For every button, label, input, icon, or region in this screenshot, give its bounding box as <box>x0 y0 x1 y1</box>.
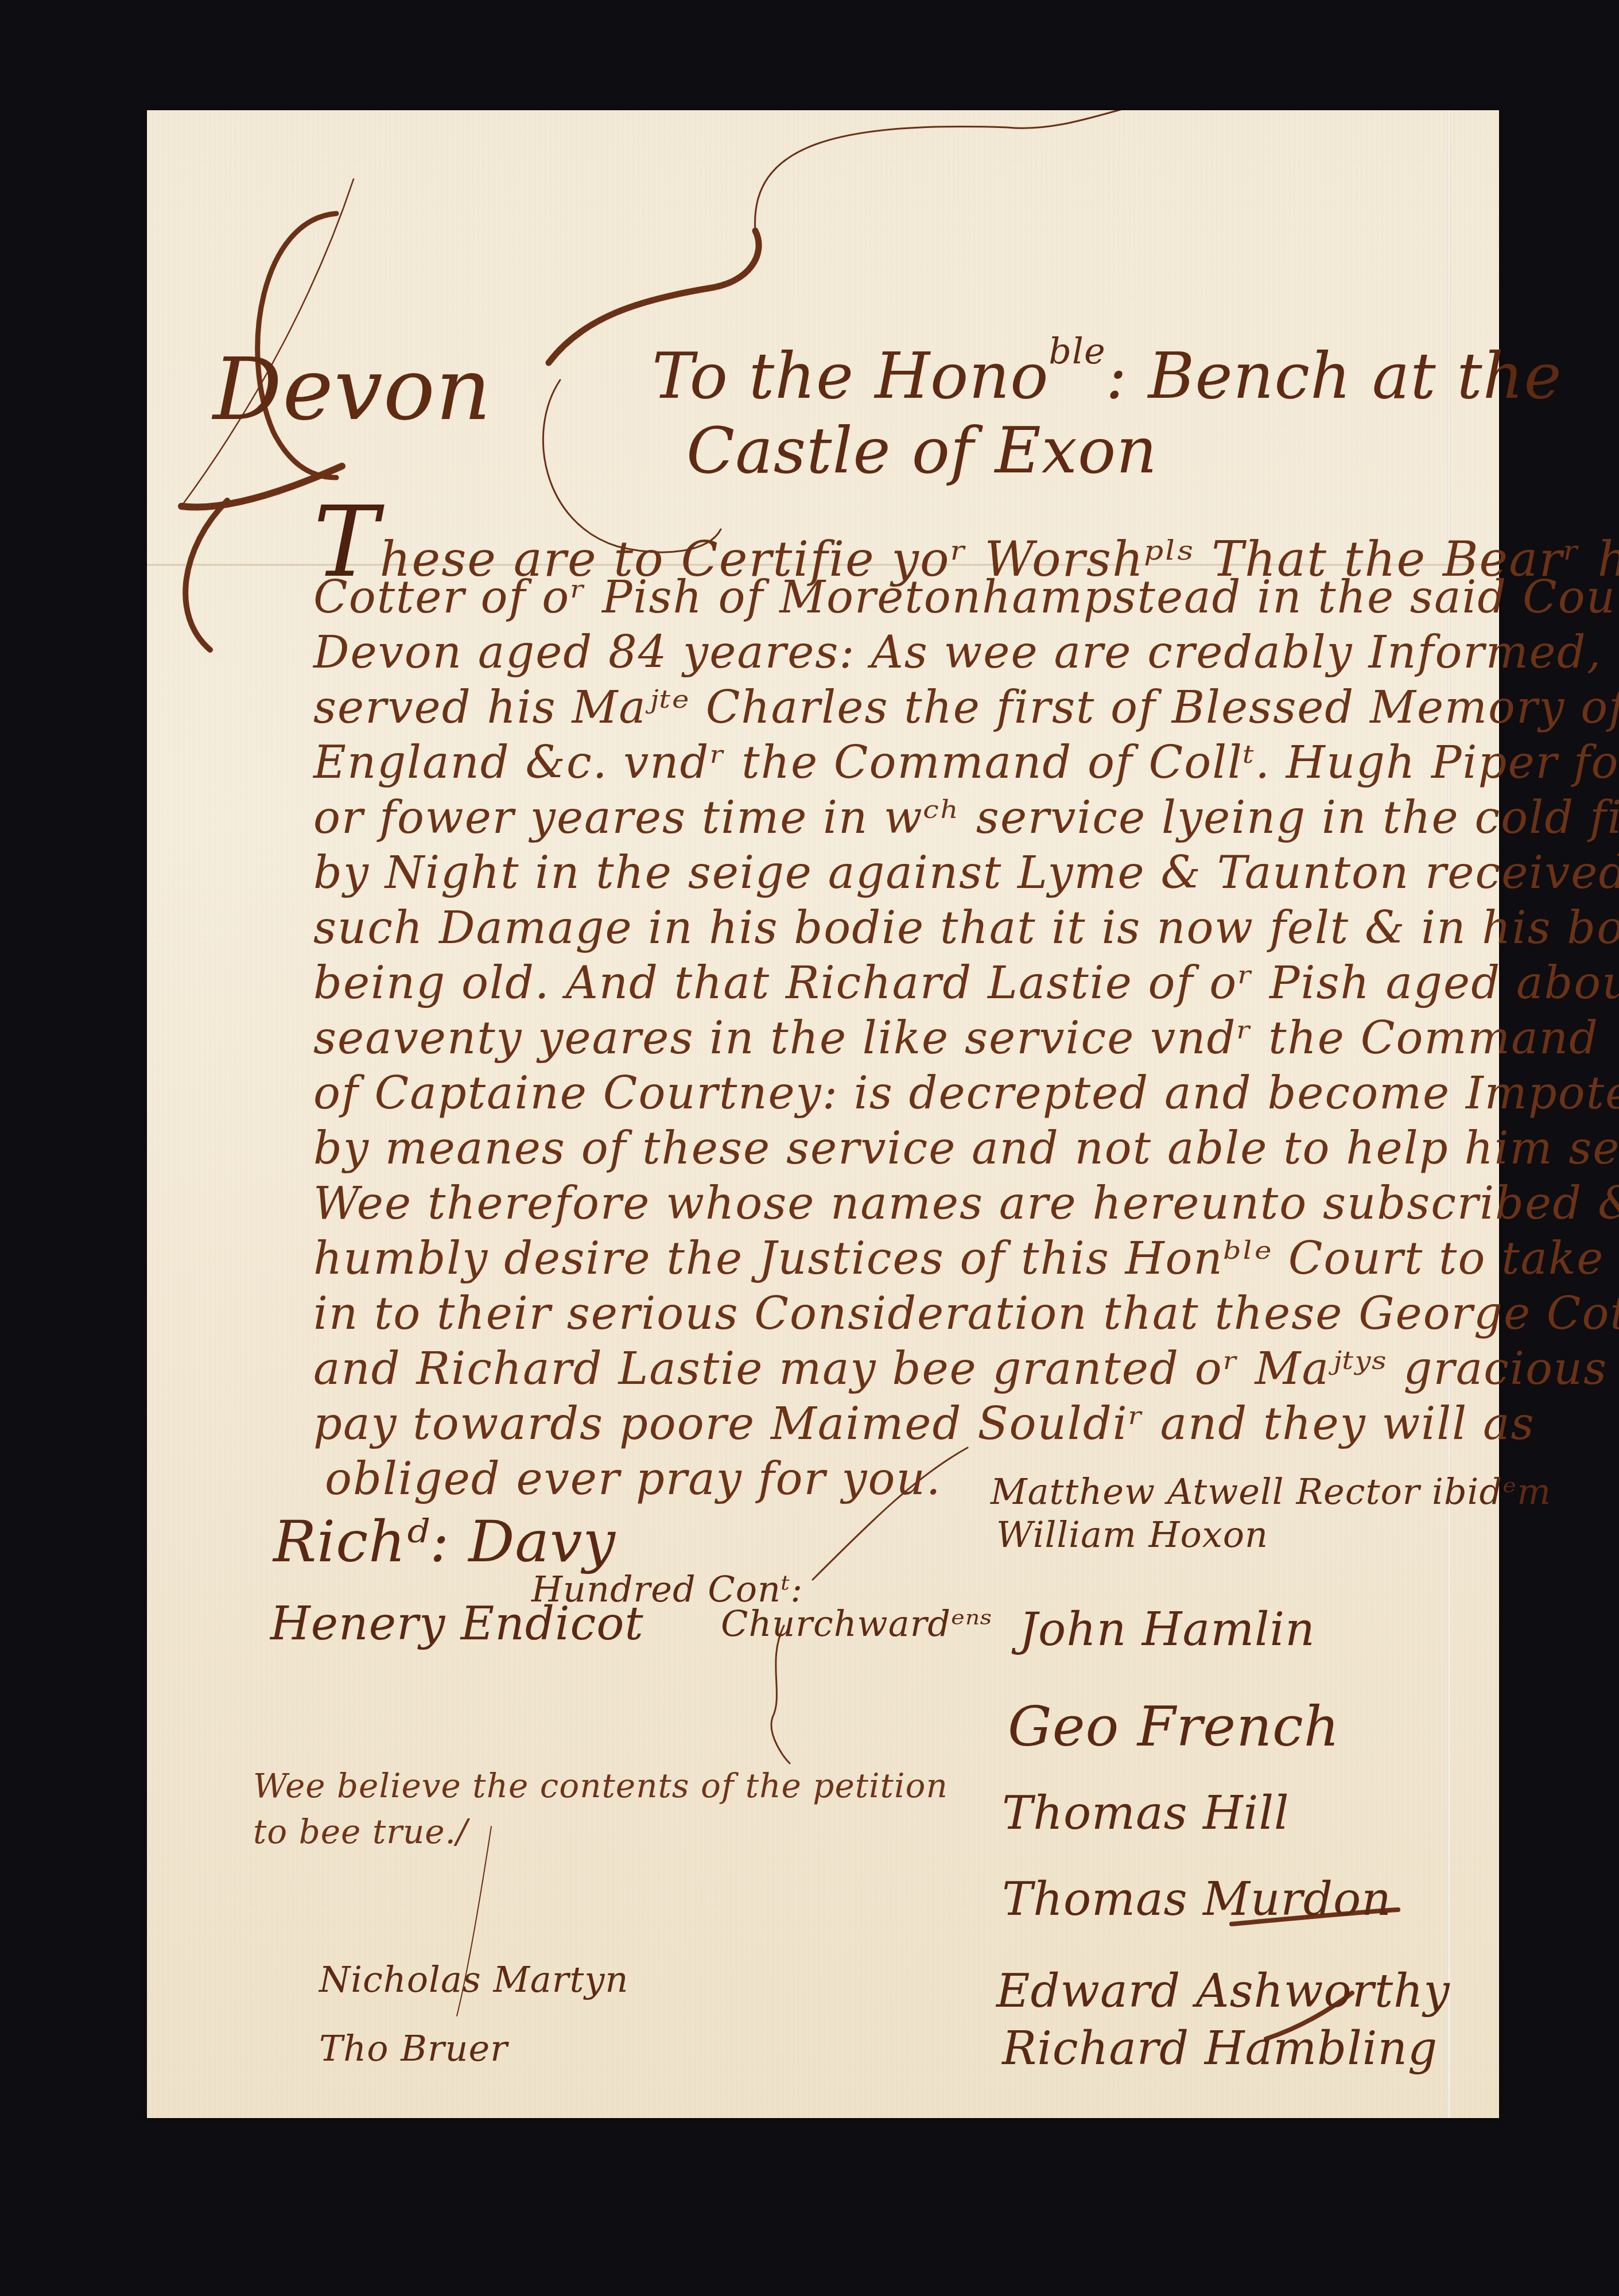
justices-note-line-1: Wee believe the contents of the petition <box>253 1766 948 1805</box>
churchwardens-label: Churchwardᵉⁿˢ <box>721 1603 993 1645</box>
address-line-2: Castle of Exon <box>652 413 1562 488</box>
signature-thomas-hill: Thomas Hill <box>1002 1786 1290 1840</box>
signature-rich-davy: Richᵈ: Davy <box>273 1508 616 1575</box>
signature-edward-ashworthy: Edward Ashworthy <box>996 1964 1450 2018</box>
body-line: Wee therefore whose names are hereunto s… <box>313 1176 1473 1231</box>
signature-matthew-atwell: Matthew Atwell Rector ibidᵉm <box>991 1471 1551 1512</box>
body-line: Devon aged 84 yeares: As wee are credabl… <box>313 625 1473 680</box>
body-line: Cotter of oʳ Pish of Moretonhampstead in… <box>313 570 1473 625</box>
body-line: served his Maʲᵗᵉ Charles the first of Bl… <box>313 680 1473 735</box>
signature-nicholas-martyn: Nicholas Martyn <box>319 1958 628 2000</box>
signature-william-hoxon: William Hoxon <box>996 1514 1268 1556</box>
address-heading: To the Honoble: Bench at the Castle of E… <box>652 314 1562 488</box>
petition-body: These are to Certifie yoʳ Worshᵖˡˢ That … <box>313 515 1473 1507</box>
body-line: England &c. vndʳ the Command of Collᵗ. H… <box>313 735 1473 790</box>
county-heading: Devon <box>213 340 492 440</box>
body-line: or fower yeares time in wᶜʰ service lyei… <box>313 790 1473 846</box>
body-line: humbly desire the Justices of this Honᵇˡ… <box>313 1231 1473 1286</box>
body-line: pay towards poore Maimed Souldiʳ and the… <box>313 1397 1473 1452</box>
body-line: These are to Certifie yoʳ Worshᵖˡˢ That … <box>313 515 1473 570</box>
signature-john-hamlin: John Hamlin <box>1019 1603 1315 1656</box>
body-line: by meanes of these service and not able … <box>313 1121 1473 1176</box>
body-line: and Richard Lastie may bee granted oʳ Ma… <box>313 1341 1473 1397</box>
signature-geo-french: Geo French <box>1008 1694 1340 1759</box>
body-line: such Damage in his bodie that it is now … <box>313 901 1473 956</box>
manuscript-page: Devon To the Honoble: Bench at the Castl… <box>147 110 1499 2118</box>
county-text: Devon <box>213 340 492 440</box>
signature-richard-hambling: Richard Hambling <box>1002 2022 1438 2075</box>
body-line: by Night in the seige against Lyme & Tau… <box>313 846 1473 901</box>
address-line-1: To the Honoble: Bench at the <box>652 314 1562 413</box>
body-line: seaventy yeares in the like service vndʳ… <box>313 1011 1473 1066</box>
body-line: being old. And that Richard Lastie of oʳ… <box>313 956 1473 1011</box>
signature-tho-bruer: Tho Bruer <box>319 2027 508 2069</box>
body-line: in to their serious Consideration that t… <box>313 1286 1473 1341</box>
signature-thomas-murdon: Thomas Murdon <box>1002 1872 1392 1926</box>
body-line: of Captaine Courtney: is decrepted and b… <box>313 1066 1473 1121</box>
justices-note-line-2: to bee true./ <box>253 1812 468 1851</box>
